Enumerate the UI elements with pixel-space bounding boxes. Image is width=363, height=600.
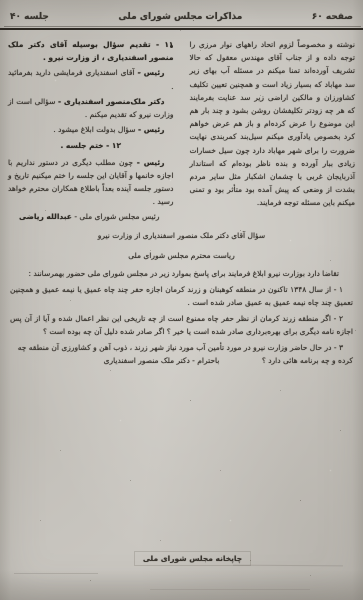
question-item-1: ۱ - از سال ۱۳۴۸ تاکنون در منطقه کوهبنان … <box>10 283 353 310</box>
column-right: نوشته و مخصوصاً لزوم اتحاد راههای نوار م… <box>190 38 356 226</box>
speech-continuation-text: نوشته و مخصوصاً لزوم اتحاد راههای نوار م… <box>190 38 356 210</box>
question-salutation: ریاست محترم مجلس شورای ملی <box>10 249 353 263</box>
document-title: مذاکرات مجلس شورای ملی <box>118 12 242 22</box>
speech-chairman-1: رئیس - آقای اسفندیاری فرمایشی دارید بفرم… <box>8 66 174 92</box>
scan-speckle-dark <box>0 0 1 1</box>
page-number-label: صفحه ۶۰ <box>312 12 353 22</box>
header-divider-thin-line <box>4 26 361 27</box>
speaker-name: رئیس - <box>137 158 165 167</box>
question-section: سؤال آقای دکتر ملک منصور اسفندیاری از وز… <box>10 229 353 368</box>
agenda-item-12-heading: ۱۲ - ختم جلسه . <box>8 139 174 152</box>
session-number-label: جلسه ۴۰ <box>10 12 49 22</box>
speaker-name: دکتر ملک‌منصور اسفندیاری - <box>58 97 165 106</box>
print-artifact-dot <box>170 45 173 48</box>
signature-line: رئیس مجلس شورای ملی - عبدالله ریاضی <box>8 210 174 223</box>
question-closing-signature: باحترام - دکتر ملک منصور اسفندیاری <box>0 354 333 368</box>
page-header: صفحه ۶۰ مذاکرات مجلس شورای ملی جلسه ۴۰ <box>10 12 353 22</box>
two-column-body: نوشته و مخصوصاً لزوم اتحاد راههای نوار م… <box>8 38 355 226</box>
agenda-item-11: ۱۱ - تقدیم سؤال بوسیله آقای دکتر ملک منص… <box>8 38 174 64</box>
speaker-name: رئیس - <box>138 125 165 134</box>
question-heading: سؤال آقای دکتر ملک منصور اسفندیاری از وز… <box>10 229 353 243</box>
question-intro: تقاضا دارد بوزارت نیرو ابلاغ فرمایند برا… <box>10 267 353 281</box>
speech-chairman-2: رئیس - سؤال بدولت ابلاغ میشود . <box>8 123 174 136</box>
page-footer: چاپخانه مجلس شورای ملی <box>0 546 363 566</box>
scan-streak-artifact <box>14 573 98 574</box>
signature-name: عبدالله ریاضی <box>19 212 72 221</box>
header-divider-rule <box>0 26 363 30</box>
speaker-name: رئیس - <box>137 68 164 77</box>
header-divider-thick-line <box>0 28 363 30</box>
signature-title: رئیس مجلس شورای ملی - <box>74 212 159 221</box>
speech-chairman-closing: رئیس - چون مطلب دیگری در دستور نداریم با… <box>8 156 174 209</box>
speech-text: سؤال بدولت ابلاغ میشود . <box>53 125 135 134</box>
speech-esfandiari: دکتر ملک‌منصور اسفندیاری - سؤالی است از … <box>8 95 174 121</box>
question-item-2: ۲ - اگر منطقه زرند کرمان از نظر حفر چاه … <box>10 312 353 339</box>
scan-speckle-light <box>0 0 1 1</box>
scan-streak-artifact <box>150 589 310 590</box>
printer-stamp: چاپخانه مجلس شورای ملی <box>134 551 251 566</box>
column-left: ۱۱ - تقدیم سؤال بوسیله آقای دکتر ملک منص… <box>8 38 174 226</box>
document-page: صفحه ۶۰ مذاکرات مجلس شورای ملی جلسه ۴۰ ن… <box>0 0 363 600</box>
